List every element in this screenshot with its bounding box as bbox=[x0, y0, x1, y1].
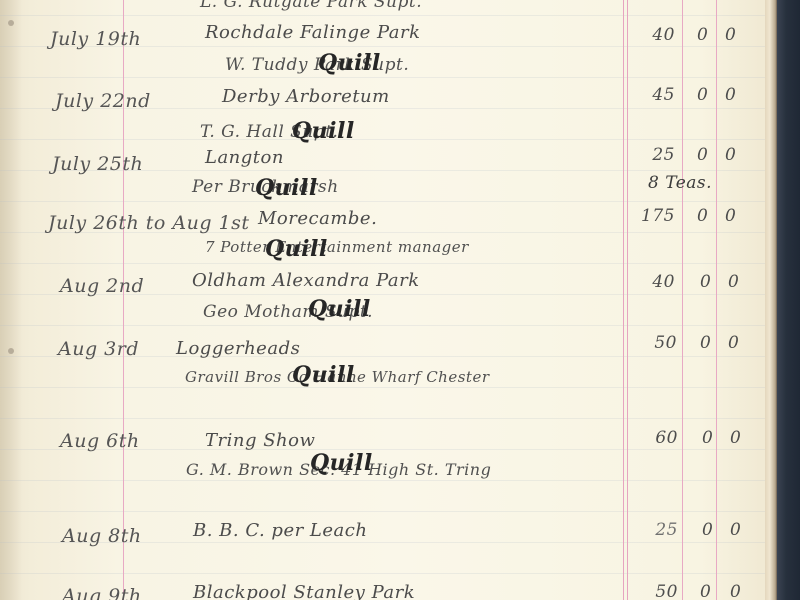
entry-date: July 22nd bbox=[55, 90, 151, 112]
amount-pounds: 45 bbox=[625, 85, 675, 105]
amount-pence: 0 bbox=[730, 428, 741, 448]
amount-pence: 0 bbox=[725, 206, 736, 226]
entry-date: Aug 9th bbox=[62, 585, 142, 600]
punch-mark bbox=[8, 20, 14, 26]
entry-line: Langton bbox=[205, 147, 284, 168]
amount-pounds: 40 bbox=[625, 25, 675, 45]
shillings-column-rule bbox=[682, 0, 683, 600]
ruling-line bbox=[0, 263, 765, 264]
amount-pounds: 40 bbox=[625, 272, 675, 292]
ruling-line bbox=[0, 573, 765, 574]
entry-line: B. B. C. per Leach bbox=[193, 520, 367, 541]
amount-pounds: 175 bbox=[625, 206, 675, 226]
entry-line: Loggerheads bbox=[176, 338, 300, 359]
signature: Quill bbox=[310, 450, 373, 476]
entry-line: Tring Show bbox=[205, 430, 315, 451]
entry-date: July 25th bbox=[52, 153, 143, 175]
ruling-line bbox=[0, 511, 765, 512]
signature: Quill bbox=[318, 50, 381, 76]
entry-line: Oldham Alexandra Park bbox=[192, 270, 420, 291]
amount-shillings: 0 bbox=[697, 145, 708, 165]
entry-date: Aug 2nd bbox=[60, 275, 144, 297]
signature: Quill bbox=[255, 175, 318, 201]
amount-shillings: 0 bbox=[702, 520, 713, 540]
amount-pence: 0 bbox=[725, 145, 736, 165]
amount-shillings: 0 bbox=[697, 85, 708, 105]
amount-pounds: 25 bbox=[625, 145, 675, 165]
amount-shillings: 0 bbox=[697, 206, 708, 226]
ruling-line bbox=[0, 139, 765, 140]
page-edge bbox=[765, 0, 777, 600]
amount-pence: 0 bbox=[728, 333, 739, 353]
amount-pence: 0 bbox=[730, 520, 741, 540]
ruling-line bbox=[0, 15, 765, 16]
ruling-line bbox=[0, 480, 765, 481]
entry-line: Derby Arboretum bbox=[222, 86, 390, 107]
entry-date: Aug 3rd bbox=[58, 338, 139, 360]
amount-shillings: 0 bbox=[702, 428, 713, 448]
entry-date: Aug 8th bbox=[62, 525, 142, 547]
amount-shillings: 0 bbox=[697, 25, 708, 45]
ledger-page: L. G. Rutgate Park Supt. July 19th Rochd… bbox=[0, 0, 765, 600]
binding-gutter bbox=[0, 0, 22, 600]
entry-line: Blackpool Stanley Park bbox=[193, 582, 415, 600]
entry-line: Morecambe. bbox=[258, 208, 377, 229]
ruling-line bbox=[0, 325, 765, 326]
amount-shillings: 0 bbox=[700, 582, 711, 600]
punch-mark bbox=[8, 348, 14, 354]
amount-shillings: 0 bbox=[700, 333, 711, 353]
ruling-line bbox=[0, 201, 765, 202]
book-cover bbox=[777, 0, 800, 600]
ruling-line bbox=[0, 77, 765, 78]
amount-pence: 0 bbox=[730, 582, 741, 600]
ruling-line bbox=[0, 387, 765, 388]
signature: Quill bbox=[292, 118, 355, 144]
entry-line: L. G. Rutgate Park Supt. bbox=[200, 0, 422, 12]
entry-date: July 19th bbox=[50, 28, 141, 50]
amount-pounds: 60 bbox=[628, 428, 678, 448]
amount-pounds: 50 bbox=[628, 582, 678, 600]
entry-date: July 26th to Aug 1st bbox=[48, 212, 250, 234]
pence-column-rule bbox=[716, 0, 717, 600]
amount-pence: 0 bbox=[725, 25, 736, 45]
amount-shillings: 0 bbox=[700, 272, 711, 292]
amount-pence: 0 bbox=[728, 272, 739, 292]
signature: Quill bbox=[265, 236, 328, 262]
ruling-line bbox=[0, 418, 765, 419]
signature: Quill bbox=[292, 362, 355, 388]
entry-line: Rochdale Falinge Park bbox=[205, 22, 421, 43]
entry-date: Aug 6th bbox=[60, 430, 140, 452]
amount-pounds: 50 bbox=[627, 333, 677, 353]
amount-pounds: 25 bbox=[628, 520, 678, 540]
signature: Quill bbox=[308, 296, 371, 322]
entry-line: 7 Potter Entertainment manager bbox=[205, 238, 469, 256]
amount-pence: 0 bbox=[725, 85, 736, 105]
amount-note: 8 Teas. bbox=[648, 173, 712, 193]
